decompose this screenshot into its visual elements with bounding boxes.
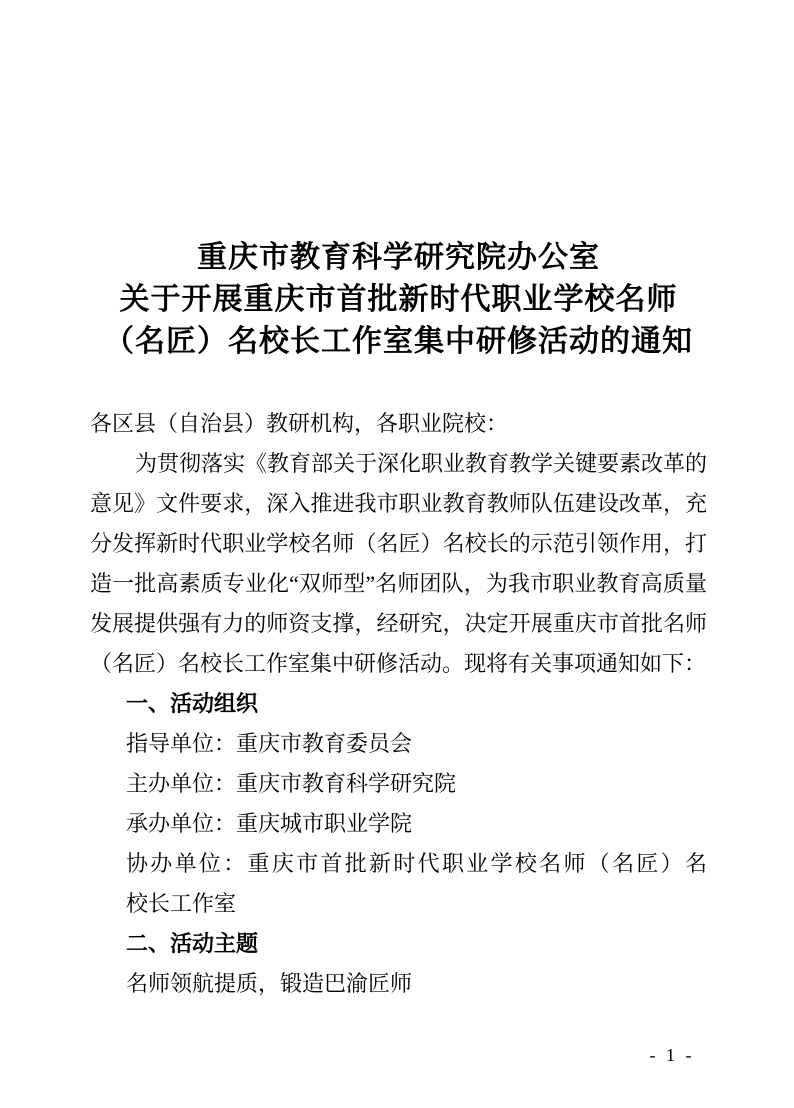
salutation: 各区县（自治县）教研机构，各职业院校：	[90, 404, 707, 444]
document-body: 各区县（自治县）教研机构，各职业院校： 为贯彻落实《教育部关于深化职业教育教学关…	[90, 404, 707, 1004]
document-page: 重庆市教育科学研究院办公室 关于开展重庆市首批新时代职业学校名师 （名匠）名校长…	[0, 0, 794, 1108]
intro-line-3: 分发挥新时代职业学校名师（名匠）名校长的示范引领作用，打	[90, 524, 707, 564]
org-item-co-organizer-line-2: 校长工作室	[90, 884, 707, 924]
section-heading-activity-organization: 一、活动组织	[90, 684, 707, 724]
org-item-co-organizer-line-1: 协办单位：重庆市首批新时代职业学校名师（名匠）名	[90, 844, 707, 884]
intro-line-4: 造一批高素质专业化“双师型”名师团队，为我市职业教育高质量	[90, 564, 707, 604]
title-line-1: 重庆市教育科学研究院办公室	[90, 237, 707, 279]
org-item-host-unit: 主办单位：重庆市教育科学研究院	[90, 764, 707, 804]
page-number: - 1 -	[640, 1044, 704, 1066]
org-item-undertaking-unit: 承办单位：重庆城市职业学院	[90, 804, 707, 844]
title-line-3: （名匠）名校长工作室集中研修活动的通知	[90, 321, 707, 363]
section-heading-activity-theme: 二、活动主题	[90, 924, 707, 964]
intro-line-6: （名匠）名校长工作室集中研修活动。现将有关事项通知如下：	[90, 644, 707, 684]
intro-line-2: 意见》文件要求，深入推进我市职业教育教师队伍建设改革，充	[90, 484, 707, 524]
activity-theme-text: 名师领航提质，锻造巴渝匠师	[90, 964, 707, 1004]
document-title: 重庆市教育科学研究院办公室 关于开展重庆市首批新时代职业学校名师 （名匠）名校长…	[90, 237, 707, 363]
intro-line-1: 为贯彻落实《教育部关于深化职业教育教学关键要素改革的	[90, 444, 707, 484]
org-item-guidance-unit: 指导单位：重庆市教育委员会	[90, 724, 707, 764]
title-line-2: 关于开展重庆市首批新时代职业学校名师	[90, 279, 707, 321]
intro-line-5: 发展提供强有力的师资支撑，经研究，决定开展重庆市首批名师	[90, 604, 707, 644]
